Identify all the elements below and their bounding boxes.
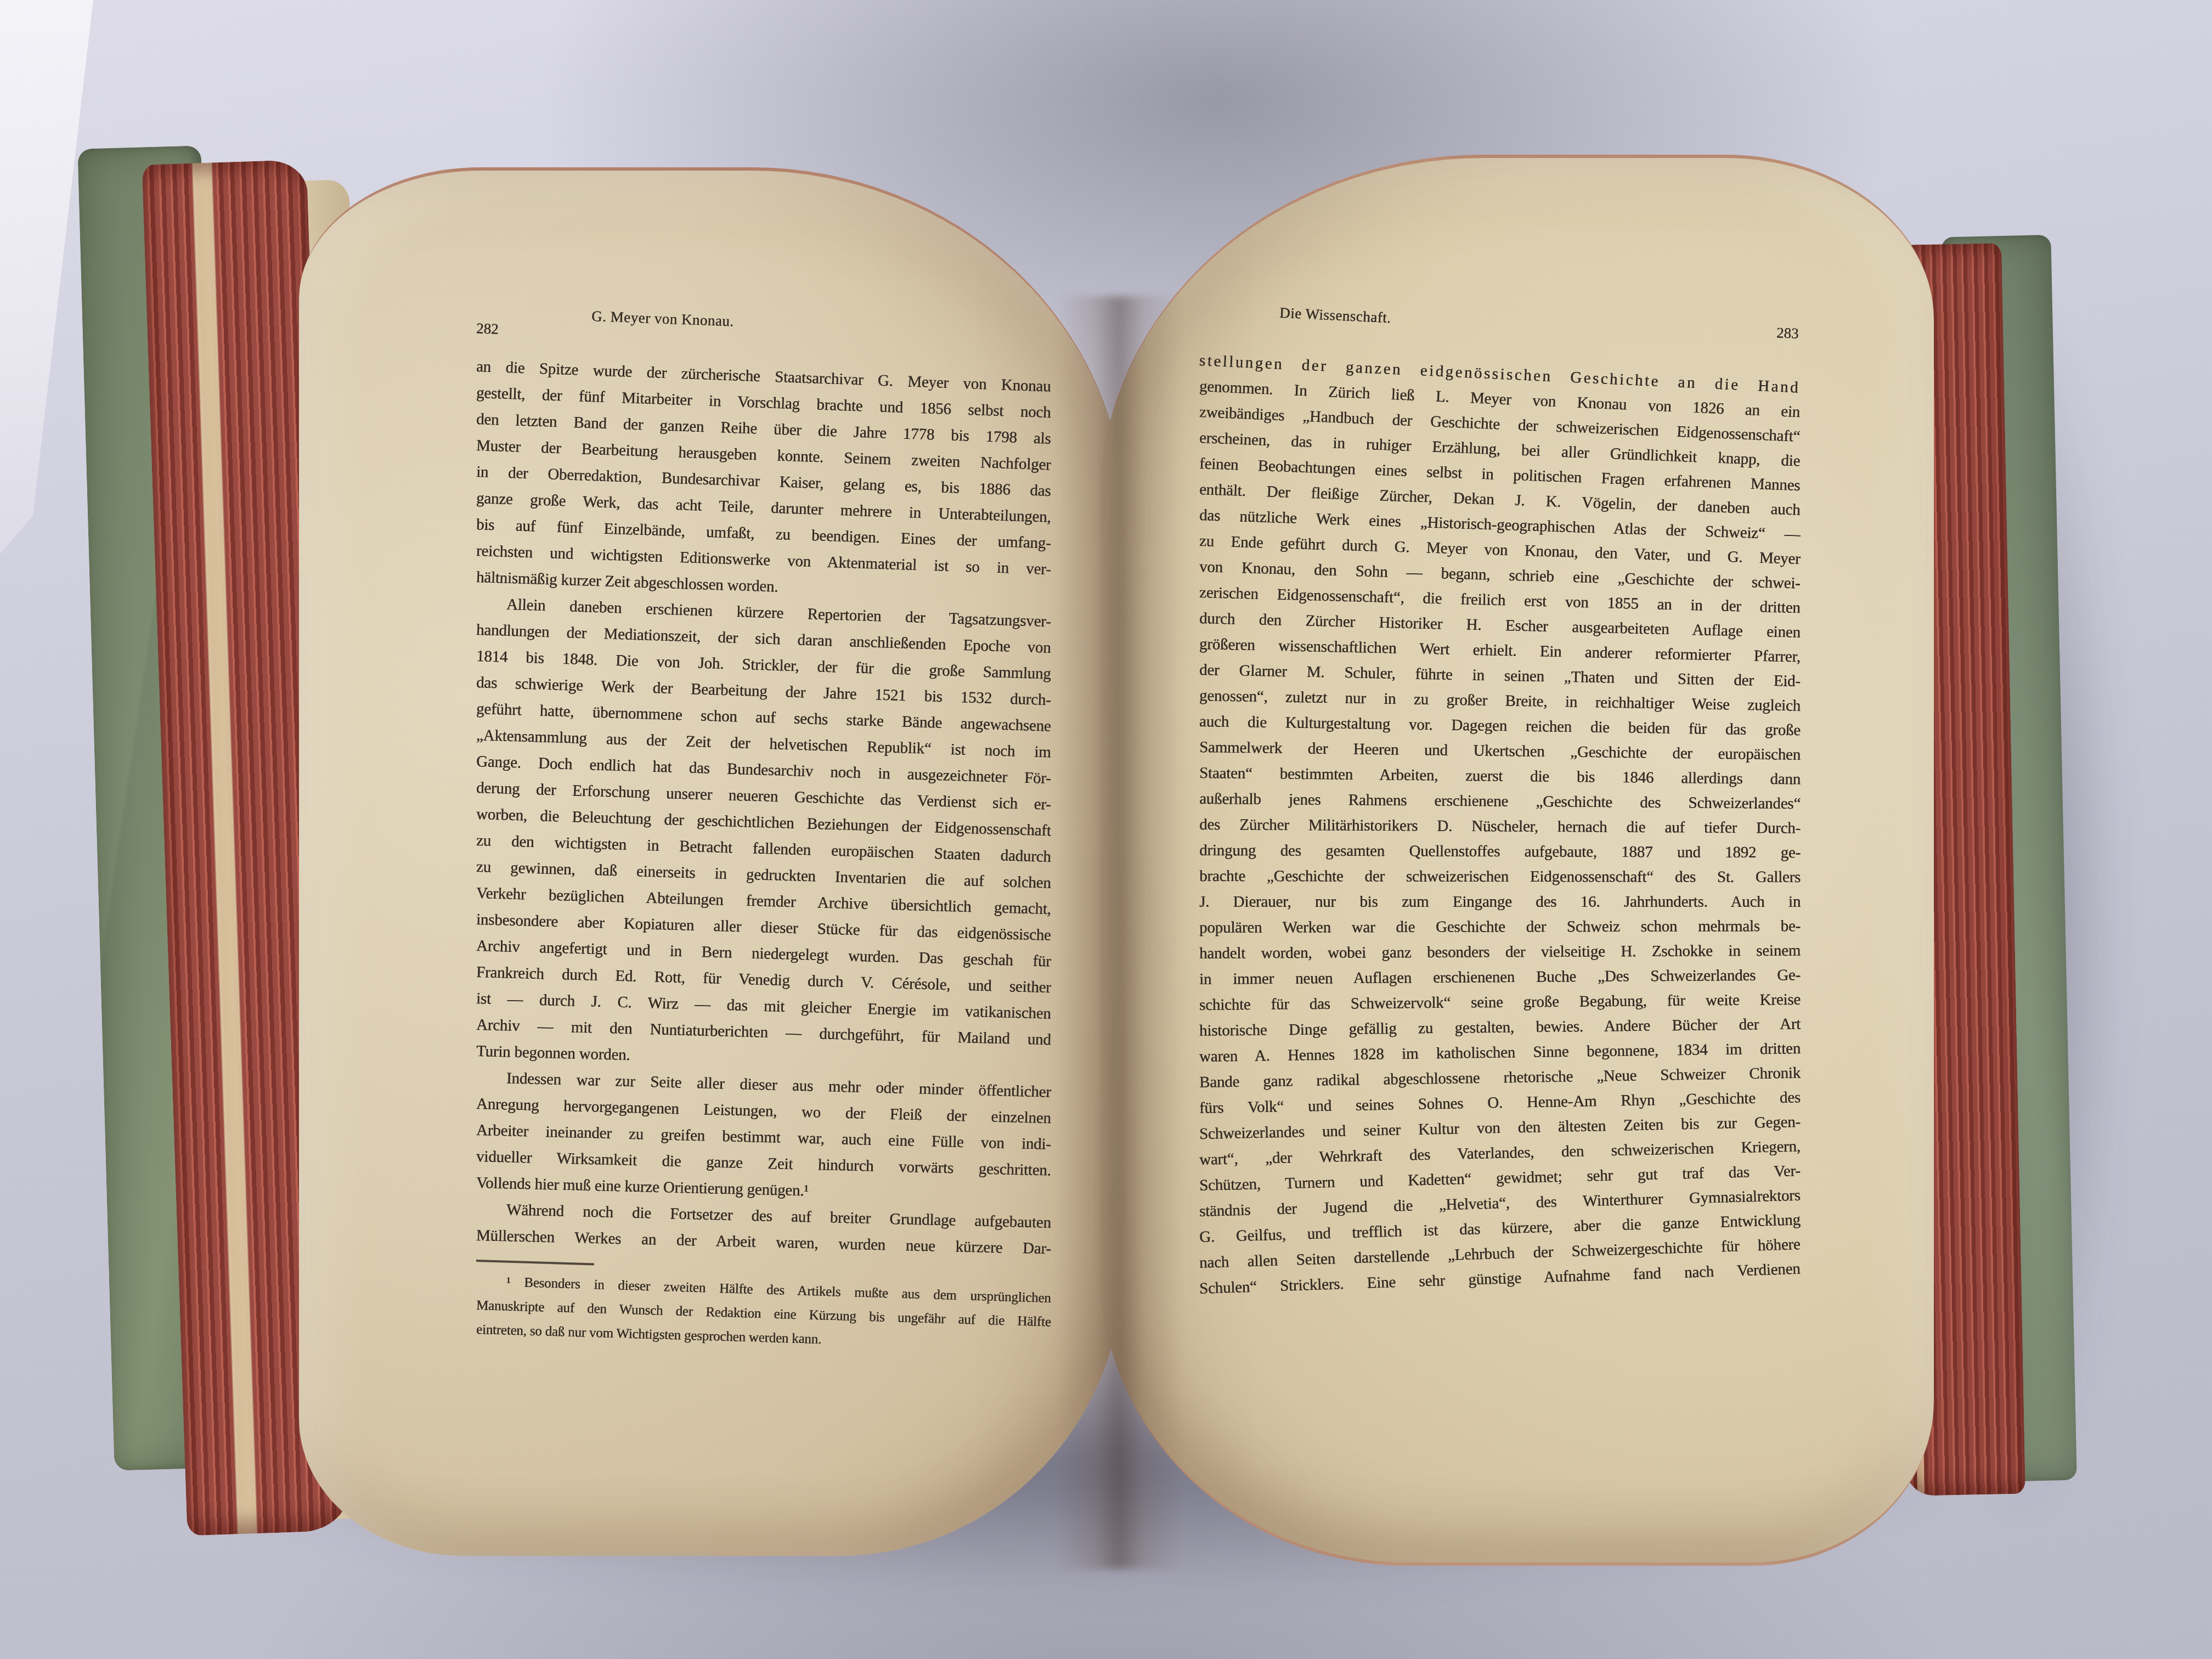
gutter-shadow	[1056, 296, 1182, 1569]
right-page-header: Die Wissenschaft. 283	[1199, 303, 1801, 342]
right-page-lines: stellungen der ganzen eidgenössischen Ge…	[1199, 348, 1801, 1302]
text-line: dringung des gesamten Quellenstoffes auf…	[1199, 838, 1801, 866]
right-page-text: Die Wissenschaft. 283 stellungen der gan…	[1199, 303, 1801, 1302]
photo-scene: 282 G. Meyer von Knonau. an die Spitze w…	[0, 0, 2212, 1659]
right-page-number: 283	[1776, 324, 1799, 342]
text-line: populären Werken war die Geschichte der …	[1199, 913, 1801, 941]
text-line: des Zürcher Militärhistorikers D. Nüsche…	[1199, 812, 1801, 842]
left-running-head: G. Meyer von Knonau.	[547, 306, 778, 331]
text-line: handelt worden, wobei ganz besonders der…	[1199, 938, 1801, 967]
left-page-header: 282 G. Meyer von Knonau.	[476, 306, 1051, 346]
left-page-footnote: ¹ Besonders in dieser zweiten Hälfte des…	[476, 1260, 1051, 1342]
right-running-head: Die Wissenschaft.	[1247, 303, 1423, 328]
text-line: J. Dierauer, nur bis zum Eingange des 16…	[1199, 889, 1801, 915]
text-line: brachte „Geschichte der schweizerischen …	[1199, 864, 1801, 890]
left-page-text: 282 G. Meyer von Knonau. an die Spitze w…	[476, 306, 1051, 1342]
footnote-rule	[476, 1260, 594, 1265]
left-page-number: 282	[476, 320, 499, 337]
left-page-lines: an die Spitze wurde der zürcherische Sta…	[476, 353, 1051, 1249]
footnote-lines: ¹ Besonders in dieser zweiten Hälfte des…	[476, 1269, 1051, 1342]
